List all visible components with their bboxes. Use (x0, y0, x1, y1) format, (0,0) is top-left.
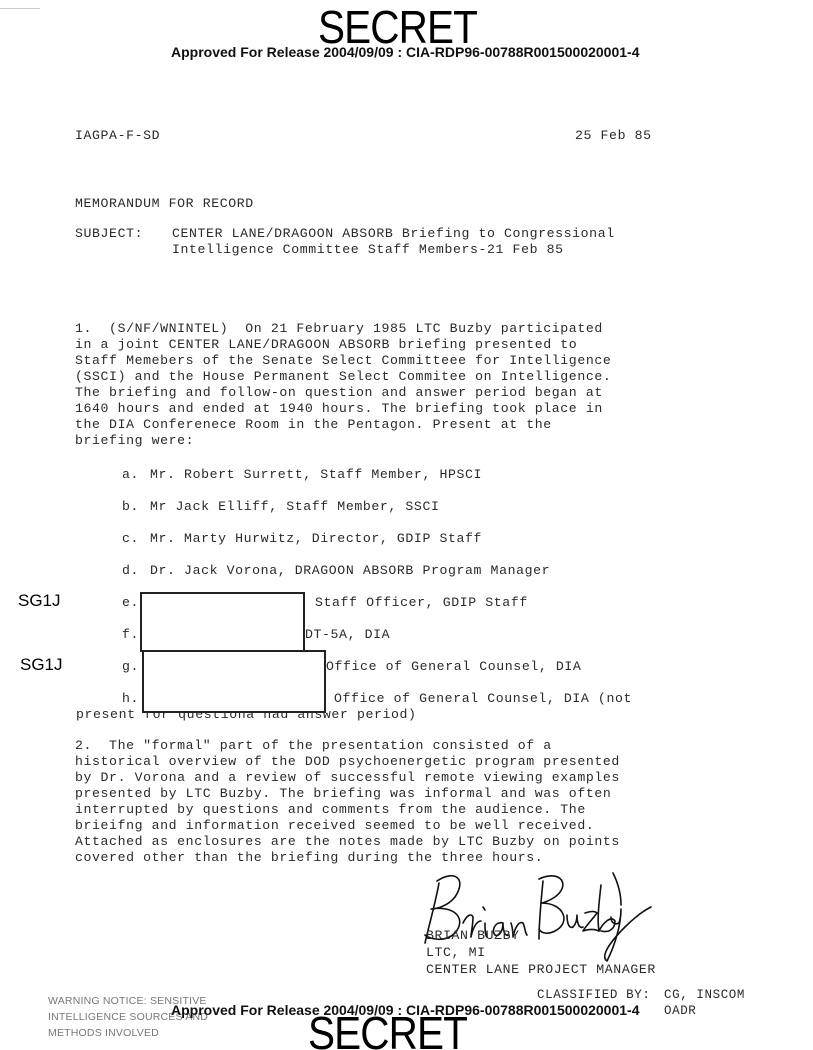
paragraph-2-line: by Dr. Vorona and a review of successful… (75, 770, 620, 785)
paragraph-1-line: the DIA Conferenece Room in the Pentagon… (75, 417, 552, 432)
paragraph-1-line: (SSCI) and the House Permanent Select Co… (75, 369, 611, 384)
warning-notice-line: METHODS INVOLVED (48, 1027, 159, 1039)
paragraph-1-line: 1640 hours and ended at 1940 hours. The … (75, 401, 603, 416)
classified-by-value: CG, INSCOM (664, 988, 745, 1002)
signatory-rank: LTC, MI (426, 945, 486, 960)
redaction-exemption-label: SG1J (18, 591, 61, 611)
attendee-text: Mr. Robert Surrett, Staff Member, HPSCI (150, 467, 482, 482)
paragraph-1-line: briefing were: (75, 433, 194, 448)
attendee-text: DT-5A, DIA (305, 627, 390, 642)
attendee-letter: d. (122, 563, 139, 578)
attendee-text: Mr Jack Elliff, Staff Member, SSCI (150, 499, 439, 514)
attendee-letter: g. (122, 659, 139, 674)
redaction-box (142, 650, 326, 713)
redaction-exemption-label: SG1J (20, 655, 63, 675)
attendee-letter: b. (122, 499, 139, 514)
attendee-text: Office of General Counsel, DIA (326, 659, 581, 674)
paragraph-1-line: in a joint CENTER LANE/DRAGOON ABSORB br… (75, 337, 577, 352)
signatory-name: BRIAN BUZBY (426, 928, 520, 943)
memo-type: MEMORANDUM FOR RECORD (75, 196, 254, 211)
attendee-text: Office of General Counsel, DIA (not (334, 691, 632, 706)
attendee-text: Mr. Marty Hurwitz, Director, GDIP Staff (150, 531, 482, 546)
scan-artifact (0, 8, 40, 9)
paragraph-2-line: covered other than the briefing during t… (75, 850, 543, 865)
subject-line-2: Intelligence Committee Staff Members-21 … (172, 242, 564, 257)
office-symbol: IAGPA-F-SD (75, 128, 160, 143)
paragraph-1-line: Staff Memebers of the Senate Select Comm… (75, 353, 611, 368)
classified-by-label: CLASSIFIED BY: (537, 988, 650, 1002)
subject-line-1: CENTER LANE/DRAGOON ABSORB Briefing to C… (172, 226, 615, 241)
attendee-letter: a. (122, 467, 139, 482)
signatory-title: CENTER LANE PROJECT MANAGER (426, 962, 656, 977)
attendee-letter: e. (122, 595, 139, 610)
paragraph-2-line: brieifng and information received seemed… (75, 818, 594, 833)
footer-classification-stamp: SECRET (308, 1010, 467, 1050)
header-release-line: Approved For Release 2004/09/09 : CIA-RD… (171, 44, 640, 60)
redaction-box (140, 592, 305, 652)
attendee-letter: f. (122, 627, 139, 642)
attendee-text: Dr. Jack Vorona, DRAGOON ABSORB Program … (150, 563, 550, 578)
subject-label: SUBJECT: (75, 226, 143, 241)
attendee-letter: h. (122, 691, 139, 706)
paragraph-2-line: presented by LTC Buzby. The briefing was… (75, 786, 611, 801)
paragraph-2-line: 2. The "formal" part of the presentation… (75, 738, 552, 753)
memo-date: 25 Feb 85 (575, 128, 652, 143)
declassify-on: OADR (664, 1004, 696, 1018)
paragraph-1-line: 1. (S/NF/WNINTEL) On 21 February 1985 LT… (75, 321, 603, 336)
paragraph-1-line: The briefing and follow-on question and … (75, 385, 603, 400)
paragraph-2-line: Attached as enclosures are the notes mad… (75, 834, 620, 849)
attendee-letter: c. (122, 531, 139, 546)
paragraph-2-line: interrupted by questions and comments fr… (75, 802, 586, 817)
paragraph-2-line: historical overview of the DOD psychoene… (75, 754, 620, 769)
attendee-text: Staff Officer, GDIP Staff (315, 595, 528, 610)
